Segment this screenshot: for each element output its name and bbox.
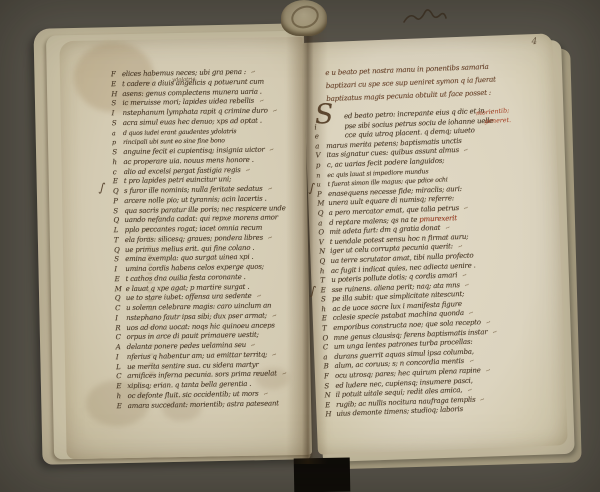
left-page: Felices habemus neces; ubi gra pena :∼Et…: [59, 37, 309, 459]
spine-endband-icon: [281, 0, 327, 36]
manuscript-line: Eamara succedant: morientib; astra pates…: [117, 398, 303, 411]
margin-mark: ∫: [98, 182, 106, 193]
margin-mark: ∫: [309, 285, 317, 296]
ink-squiggle-icon: [402, 6, 448, 30]
interlinear-gloss: ydolatria: [172, 77, 196, 84]
right-page-text: Sed beato petro: increpante eius q dic e…: [314, 97, 562, 420]
left-page-text: Felices habemus neces; ubi gra pena :∼Et…: [111, 67, 303, 411]
manuscript-photo: Felices habemus neces; ubi gra pena :∼Et…: [0, 0, 600, 492]
folio-number: 4: [531, 37, 537, 47]
bottom-black-tab: [294, 458, 351, 492]
right-page: 4 e u beato pet nostra manu in ponentibs…: [302, 33, 568, 454]
red-margin-note: generet.: [484, 117, 511, 125]
margin-mark: ∫: [308, 182, 316, 193]
